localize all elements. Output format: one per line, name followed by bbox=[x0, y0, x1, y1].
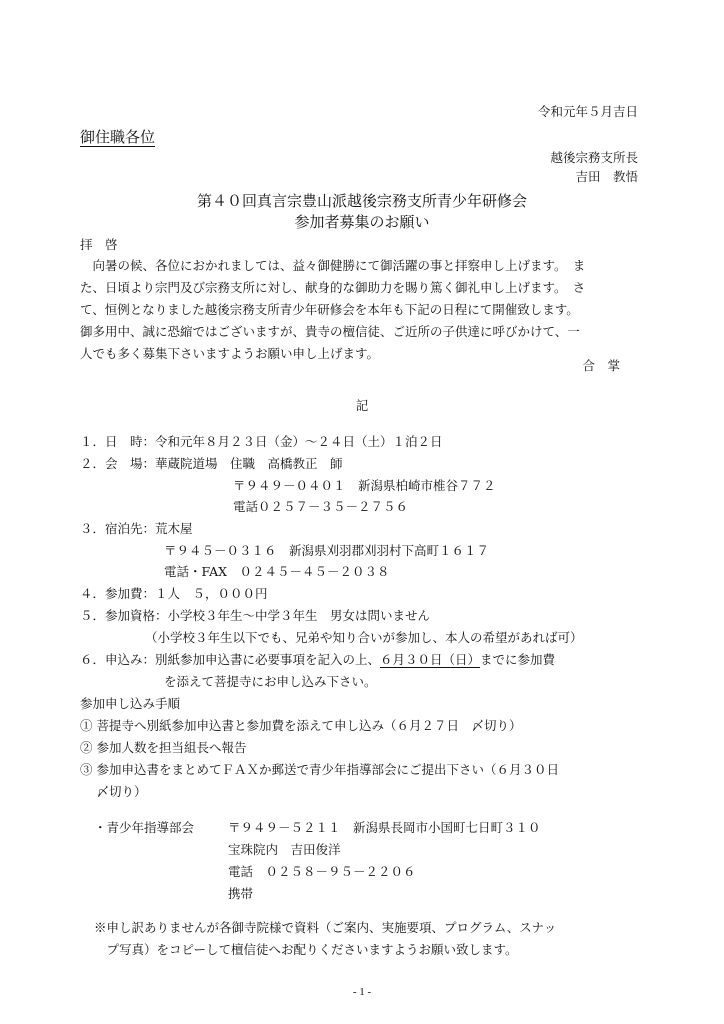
contact-phone: 電話 ０２５８－９５－２２０６ bbox=[228, 864, 416, 880]
procedure-step: ② 参加人数を担当組長へ報告 bbox=[80, 740, 246, 756]
sender-org: 越後宗務支所長 bbox=[550, 150, 638, 166]
contact-mobile: 携帯 bbox=[228, 886, 253, 902]
title-line-2: 参加者募集のお願い bbox=[0, 212, 724, 232]
greeting-line: て、恒例となりました越後宗務支所青少年研修会を本年も下記の日程にて開催致します。 bbox=[80, 302, 579, 318]
greeting-line: 向暑の候、各位におかれましては、益々御健勝にて御活躍の事と拝察申し上げます。 ま bbox=[80, 258, 585, 274]
greeting-closing: 合 掌 bbox=[582, 358, 620, 374]
item-5-note: （小学校３年生以下でも、兄弟や知り合いが参加し、本人の希望があれば可） bbox=[145, 630, 583, 646]
item-3-phone-fax: 電話・FAX ０２４５－４５－２０３８ bbox=[164, 564, 390, 580]
contact-name: 宝珠院内 吉田俊洋 bbox=[228, 842, 341, 858]
item-6-suffix: までに参加費 bbox=[480, 652, 555, 667]
procedure-heading: 参加申し込み手順 bbox=[80, 696, 180, 712]
procedure-step: ① 菩提寺へ別紙参加申込書と参加費を添えて申し込み（６月２７日 〆切り） bbox=[80, 718, 521, 734]
sender-name: 吉田 教悟 bbox=[575, 169, 638, 185]
item-2-venue: ２．会 場：華蔵院道場 住職 高橋教正 師 bbox=[80, 456, 343, 472]
ki-heading: 記 bbox=[0, 398, 724, 414]
procedure-step-continuation: 〆切り） bbox=[80, 784, 146, 800]
note-line-2: プ写真）をコピーして檀信徒へお配りくださいますようお願い致します。 bbox=[94, 942, 518, 958]
item-2-phone: 電話０２５７－３５－２７５６ bbox=[233, 499, 408, 515]
procedure-step: ③ 参加申込書をまとめてＦＡＸか郵送で青少年指導部会にご提出下さい（６月３０日 bbox=[80, 762, 559, 778]
title-line-1: 第４０回真言宗豊山派越後宗務支所青少年研修会 bbox=[0, 191, 724, 211]
contact-label: ・青少年指導部会 bbox=[94, 820, 194, 836]
item-3-lodging: ３．宿泊先：荒木屋 bbox=[80, 521, 193, 537]
item-6-application: ６．申込み：別紙参加申込書に必要事項を記入の上、６月３０日（日）までに参加費 bbox=[80, 652, 555, 668]
greeting-opening: 拝 啓 bbox=[80, 237, 118, 253]
page-number: - 1 - bbox=[0, 984, 724, 1000]
item-3-address: 〒９４５－０３１６ 新潟県刈羽郡刈羽村下高町１６１７ bbox=[164, 543, 489, 559]
greeting-line: 御多用中、誠に恐縮ではございますが、貴寺の檀信徒、ご近所の子供達に呼びかけて、一 bbox=[80, 324, 580, 340]
item-5-eligibility: ５．参加資格：小学校３年生～中学３年生 男女は問いません bbox=[80, 608, 430, 624]
addressee: 御住職各位 bbox=[80, 127, 155, 147]
issue-date: 令和元年５月吉日 bbox=[538, 104, 638, 120]
item-6-prefix: ６．申込み：別紙参加申込書に必要事項を記入の上、 bbox=[80, 652, 380, 667]
greeting-line: た、日頃より宗門及び宗務支所に対し、献身的な御助力を賜り篤く御礼申し上げます。 … bbox=[80, 280, 585, 296]
item-1-date: １．日 時：令和元年８月２３日（金）～２４日（土）１泊２日 bbox=[80, 434, 443, 450]
note-line-1: ※申し訳ありませんが各御寺院様で資料（ご案内、実施要項、プログラム、スナッ bbox=[94, 920, 556, 936]
greeting-line: 人でも多く募集下さいますようお願い申し上げます。 bbox=[80, 346, 379, 362]
item-6-deadline: ６月３０日（日） bbox=[380, 652, 480, 667]
item-2-address: 〒９４９－０４０１ 新潟県柏崎市椎谷７７２ bbox=[233, 478, 496, 494]
contact-address: 〒９４９－５２１１ 新潟県長岡市小国町七日町３１０ bbox=[228, 820, 541, 836]
item-6-line-2: を添えて菩提寺にお申し込み下さい。 bbox=[164, 674, 377, 690]
item-4-fee: ４．参加費：１人 ５，０００円 bbox=[80, 586, 268, 602]
